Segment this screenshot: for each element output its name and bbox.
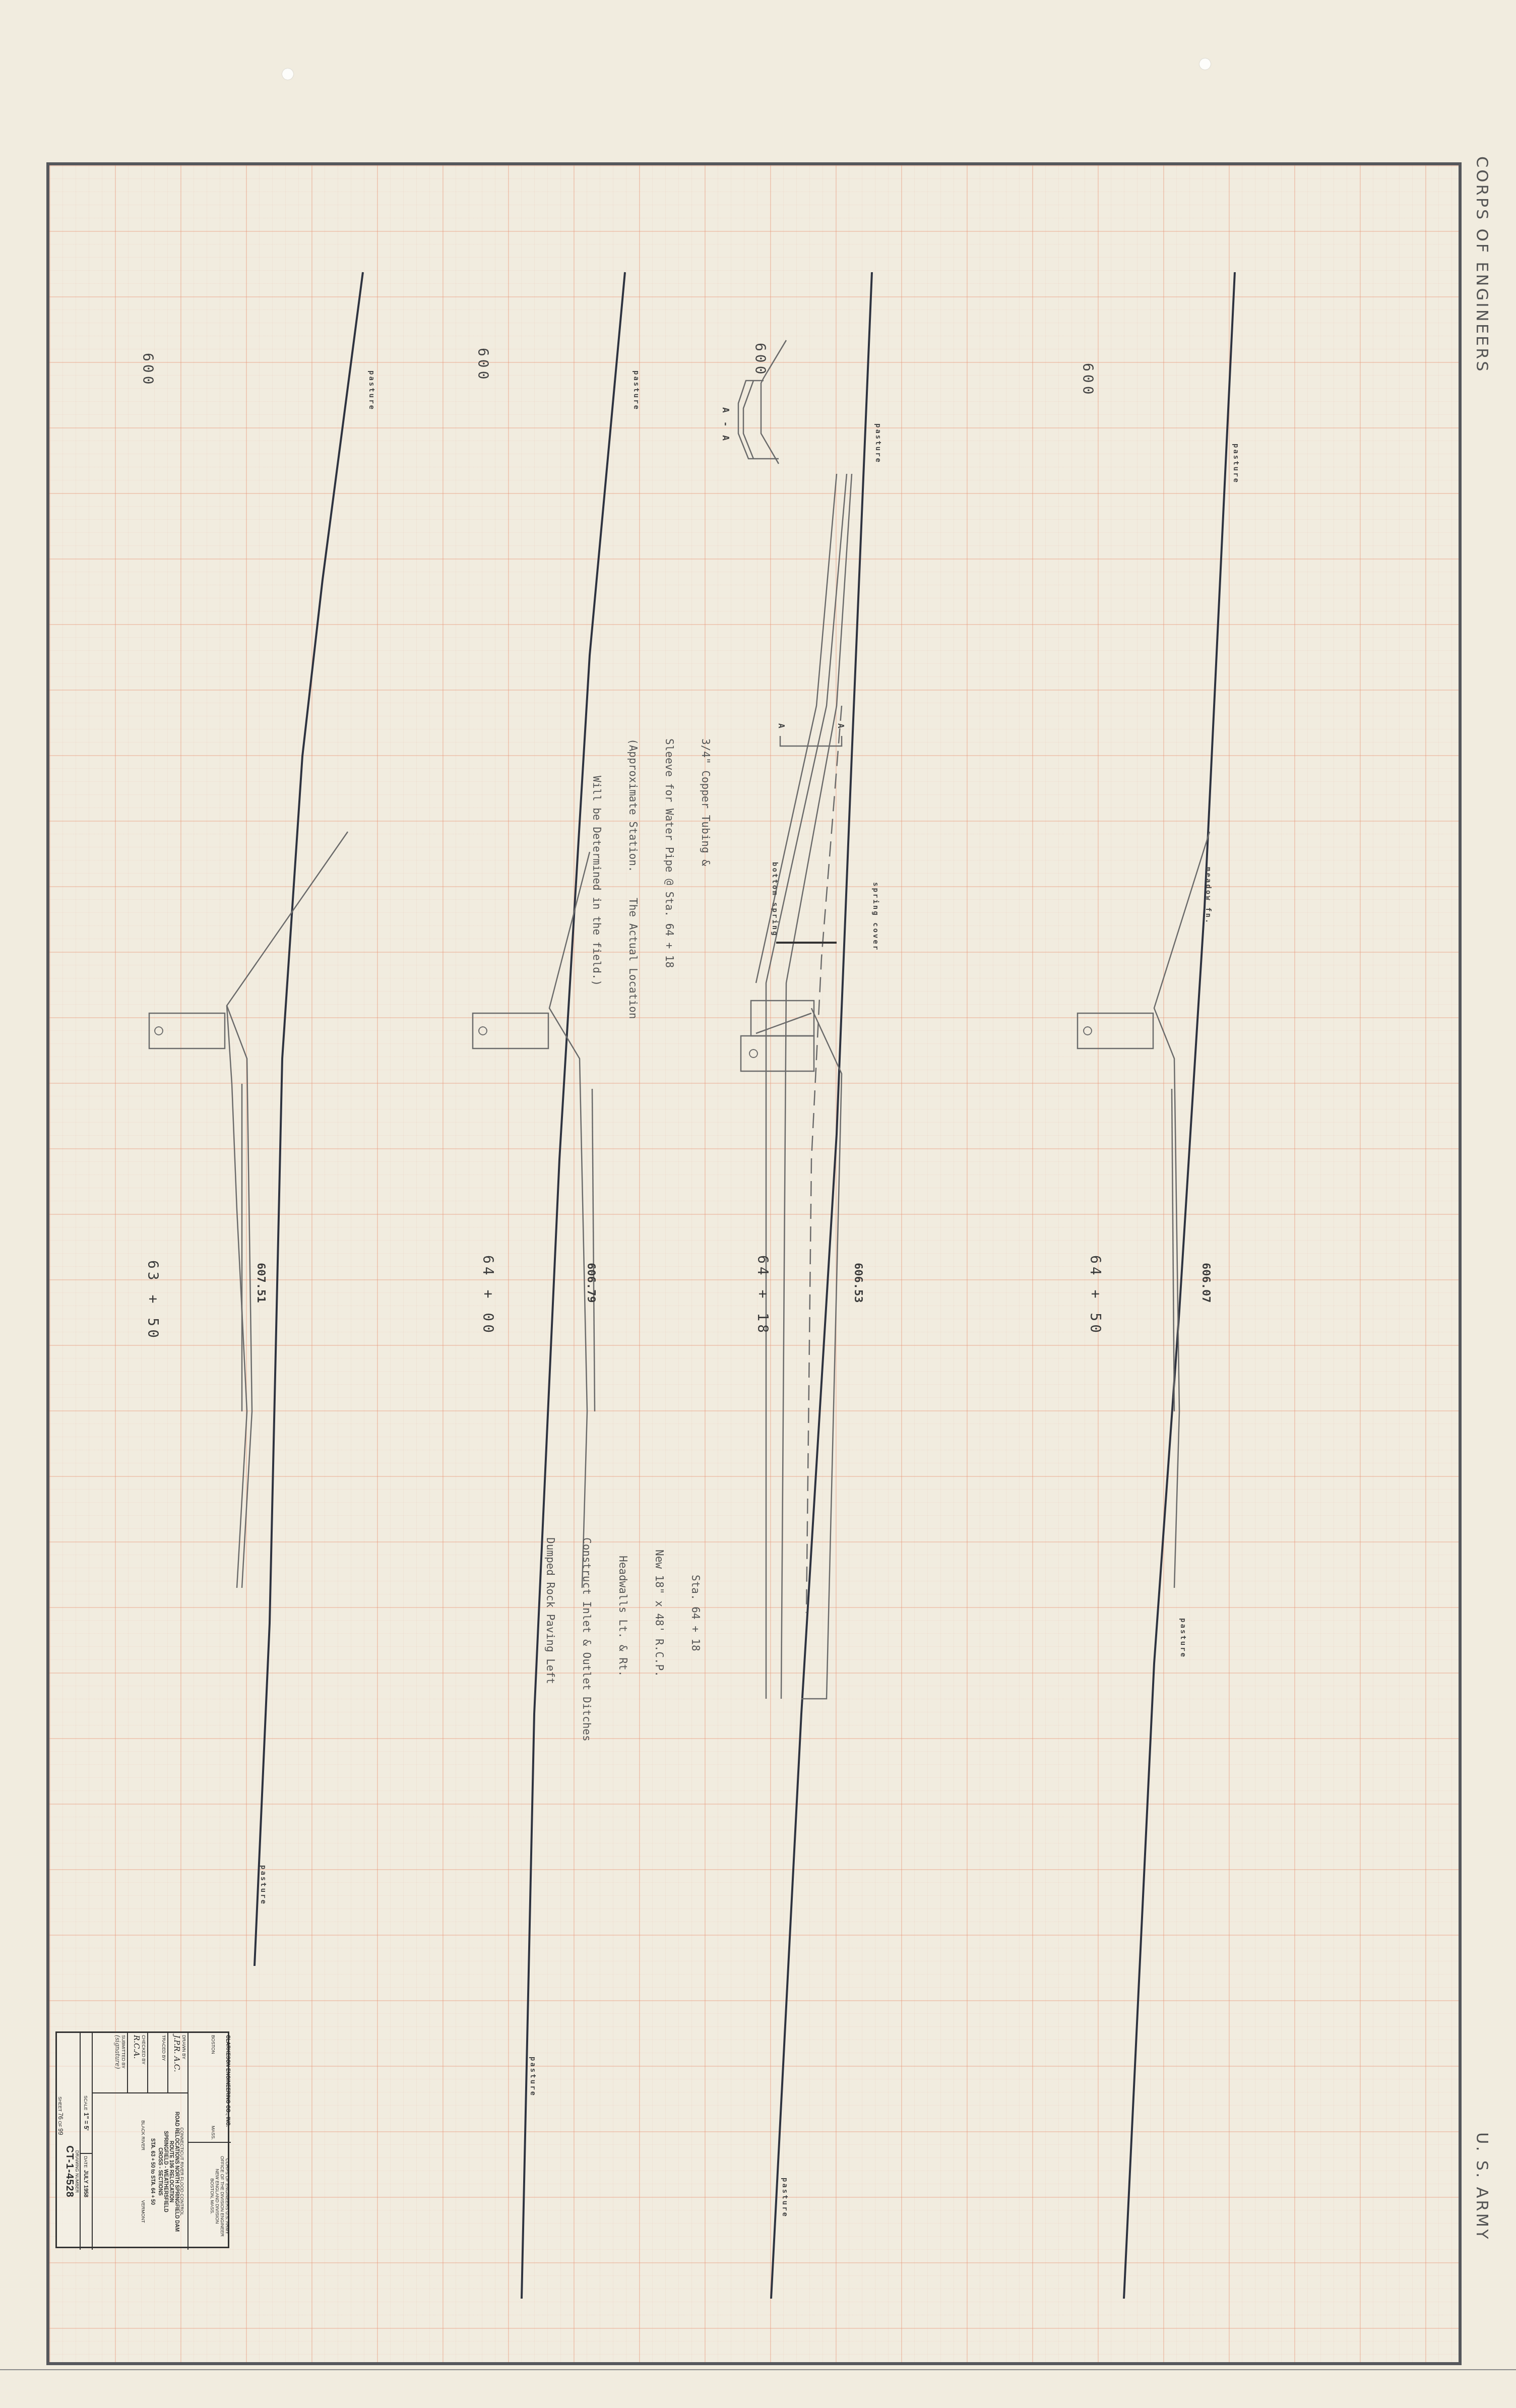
pasture-label: pasture	[1232, 444, 1240, 484]
copper-tubing-note: 3/4" Copper Tubing & Sleeve for Water Pi…	[566, 738, 736, 1019]
project-line: CONNECTICUT RIVER FLOOD CONTROL	[179, 2095, 184, 2248]
traced-by-label: TRACED BY	[161, 2035, 166, 2090]
pasture-label: pasture	[1179, 1618, 1187, 1658]
pasture-label: pasture	[781, 2178, 789, 2218]
culvert-note: Sta. 64 + 18 New 18" x 48' R.C.P. Headwa…	[520, 1537, 726, 1742]
note-line: Dumped Rock Paving Left	[544, 1537, 556, 1742]
project-line: CROSS - SECTIONS	[157, 2095, 163, 2248]
sheet-of: OF	[57, 2121, 62, 2127]
bottom-spring-label: bottom spring	[771, 862, 779, 937]
agency-line: CORPS OF ENGINEERS U.S. ARMY	[225, 2145, 230, 2248]
datum-label: 600	[1080, 363, 1096, 398]
firm-state: MASS.	[211, 2126, 216, 2140]
sheet-total: 99	[57, 2128, 64, 2135]
date-value: JULY 1958	[83, 2170, 89, 2197]
sheet-label: SHEET	[57, 2096, 62, 2112]
pasture-label: pasture	[259, 1865, 267, 1905]
state-name: VERMONT	[141, 2200, 146, 2223]
drawing-number-label: DRAWING NUMBER	[75, 2093, 80, 2250]
pasture-label: pasture	[874, 423, 882, 464]
agency-line: NEW ENGLAND DIVISION	[215, 2145, 220, 2248]
sheet-number: 76	[57, 2113, 64, 2119]
drawn-by-label: DRAWN BY	[181, 2035, 186, 2090]
datum-label: 600	[752, 343, 769, 378]
section-aa-label: A - A	[720, 407, 731, 442]
centerline-elevation: 606.07	[1199, 1263, 1212, 1303]
title-block: CLARKESON ENGINEERING CO., INC. BOSTON M…	[55, 2031, 229, 2248]
agency-line: BOSTON, MASS.	[210, 2145, 215, 2248]
checked-by-value: R.C.A.	[132, 2035, 141, 2090]
ground-line-63-50	[255, 272, 363, 1966]
note-line: 3/4" Copper Tubing &	[700, 738, 712, 1019]
river-name: BLACK RIVER	[141, 2120, 146, 2150]
note-line: New 18" x 48' R.C.P.	[653, 1537, 665, 1742]
cut-mark-a: A	[836, 723, 846, 730]
note-line: Sleeve for Water Pipe @ Sta. 64 + 18	[663, 738, 675, 1019]
note-line: Construct Inlet & Outlet Ditches	[581, 1537, 593, 1742]
drawing-sheet: CORPS OF ENGINEERS U. S. ARMY	[0, 0, 1516, 2408]
datum-label: 600	[475, 348, 491, 383]
centerline-elevation: 606.79	[585, 1263, 597, 1303]
project-line: STA. 63 + 50 to STA. 64 + 50	[150, 2095, 155, 2248]
ground-line-64-50	[1124, 272, 1235, 2299]
station-label: 63 + 50	[145, 1260, 161, 1341]
pasture-label: pasture	[632, 371, 640, 411]
submitted-by-label: SUBMITTED BY	[121, 2035, 126, 2090]
scale-value: 1" = 5'	[83, 2113, 90, 2131]
ground-line-64-00	[522, 272, 625, 2299]
centerline-elevation: 606.53	[852, 1263, 864, 1303]
datum-label: 600	[140, 353, 156, 388]
station-label: 64 + 18	[754, 1255, 771, 1336]
centerline-elevation: 607.51	[255, 1263, 267, 1303]
checked-by-label: CHECKED BY	[141, 2035, 146, 2090]
note-line: Headwalls Lt. & Rt.	[617, 1537, 629, 1742]
note-line: Sta. 64 + 18	[689, 1537, 702, 1742]
cut-mark-a: A	[777, 723, 786, 730]
note-line: (Approximate Station. The Actual Locatio…	[627, 738, 639, 1019]
date-label: DATE	[83, 2156, 88, 2168]
station-label: 64 + 50	[1087, 1255, 1104, 1336]
firm-city: BOSTON	[211, 2035, 216, 2054]
project-line: ROUTE 106 RELOCATION	[168, 2095, 174, 2248]
note-line: Will be Determined in the field.)	[591, 738, 603, 1019]
agency-line: OFFICE OF THE DIVISION ENGINEER	[220, 2145, 225, 2248]
pasture-label: pasture	[367, 371, 375, 411]
project-line: ROAD RELOCATIONS NORTH SPRINGFIELD DAM	[174, 2095, 179, 2248]
meadow-label: meadow fn.	[1204, 867, 1212, 924]
station-label: 64 + 00	[480, 1255, 496, 1336]
drawing-number: CT-1-4528	[65, 2093, 75, 2250]
project-line: SPRINGFIELD - WEATHERSFIELD	[163, 2095, 168, 2248]
spring-cover-label: spring cover	[871, 882, 879, 951]
submitted-by-signature: (signature)	[114, 2035, 121, 2090]
drawn-by-value: J.P.R. A.C.	[172, 2035, 181, 2090]
firm-name: CLARKESON ENGINEERING CO., INC.	[225, 2035, 230, 2140]
pasture-label: pasture	[529, 2057, 537, 2097]
scale-label: SCALE	[83, 2095, 88, 2111]
